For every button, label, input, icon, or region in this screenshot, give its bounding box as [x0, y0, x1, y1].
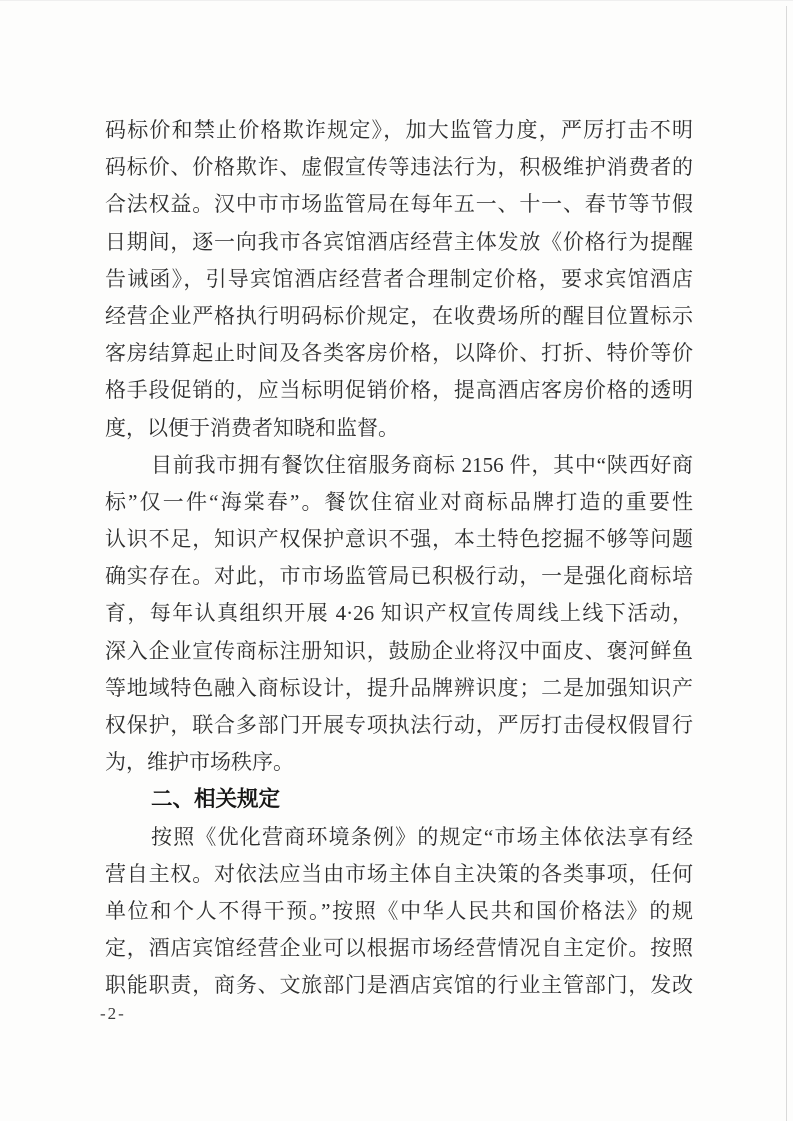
document-line: 码标价和禁止价格欺诈规定》，加大监管力度，严厉打击不明: [105, 112, 693, 149]
scan-artifact-right-line: [786, 6, 787, 1121]
section-heading: 二、相关规定: [105, 781, 693, 818]
document-line: 权保护，联合多部门开展专项执法行动，严厉打击侵权假冒行: [105, 707, 693, 744]
scan-artifact-top-line: [0, 0, 793, 1]
document-line: 目前我市拥有餐饮住宿服务商标 2156 件，其中“陕西好商: [105, 447, 693, 484]
document-line: 标”仅一件“海棠春”。餐饮住宿业对商标品牌打造的重要性: [105, 484, 693, 521]
document-line: 为，维护市场秩序。: [105, 744, 693, 781]
document-line: 等地域特色融入商标设计，提升品牌辨识度；二是加强知识产: [105, 670, 693, 707]
document-line: 度，以便于消费者知晓和监督。: [105, 410, 693, 447]
document-line: 认识不足，知识产权保护意识不强，本土特色挖掘不够等问题: [105, 521, 693, 558]
document-line: 职能职责，商务、文旅部门是酒店宾馆的行业主管部门，发改: [105, 967, 693, 1004]
document-line: 营自主权。对依法应当由市场主体自主决策的各类事项，任何: [105, 856, 693, 893]
document-page: 码标价和禁止价格欺诈规定》，加大监管力度，严厉打击不明 码标价、价格欺诈、虚假宣…: [0, 0, 793, 1121]
page-number: -2-: [100, 1004, 126, 1024]
document-line: 客房结算起止时间及各类客房价格，以降价、打折、特价等价: [105, 335, 693, 372]
document-line: 确实存在。对此，市市场监管局已积极行动，一是强化商标培: [105, 558, 693, 595]
document-line: 单位和个人不得干预。”按照《中华人民共和国价格法》的规: [105, 893, 693, 930]
document-line: 深入企业宣传商标注册知识，鼓励企业将汉中面皮、褒河鲜鱼: [105, 633, 693, 670]
document-line: 定，酒店宾馆经营企业可以根据市场经营情况自主定价。按照: [105, 930, 693, 967]
document-line: 码标价、价格欺诈、虚假宣传等违法行为，积极维护消费者的: [105, 149, 693, 186]
document-line: 育，每年认真组织开展 4·26 知识产权宣传周线上线下活动，: [105, 595, 693, 632]
document-line: 告诫函》，引导宾馆酒店经营者合理制定价格，要求宾馆酒店: [105, 261, 693, 298]
document-line: 格手段促销的，应当标明促销价格，提高酒店客房价格的透明: [105, 372, 693, 409]
document-line: 日期间，逐一向我市各宾馆酒店经营主体发放《价格行为提醒: [105, 224, 693, 261]
document-line: 合法权益。汉中市市场监管局在每年五一、十一、春节等节假: [105, 186, 693, 223]
document-line: 经营企业严格执行明码标价规定，在收费场所的醒目位置标示: [105, 298, 693, 335]
document-line: 按照《优化营商环境条例》的规定“市场主体依法享有经: [105, 819, 693, 856]
document-text-block: 码标价和禁止价格欺诈规定》，加大监管力度，严厉打击不明 码标价、价格欺诈、虚假宣…: [105, 112, 693, 1005]
